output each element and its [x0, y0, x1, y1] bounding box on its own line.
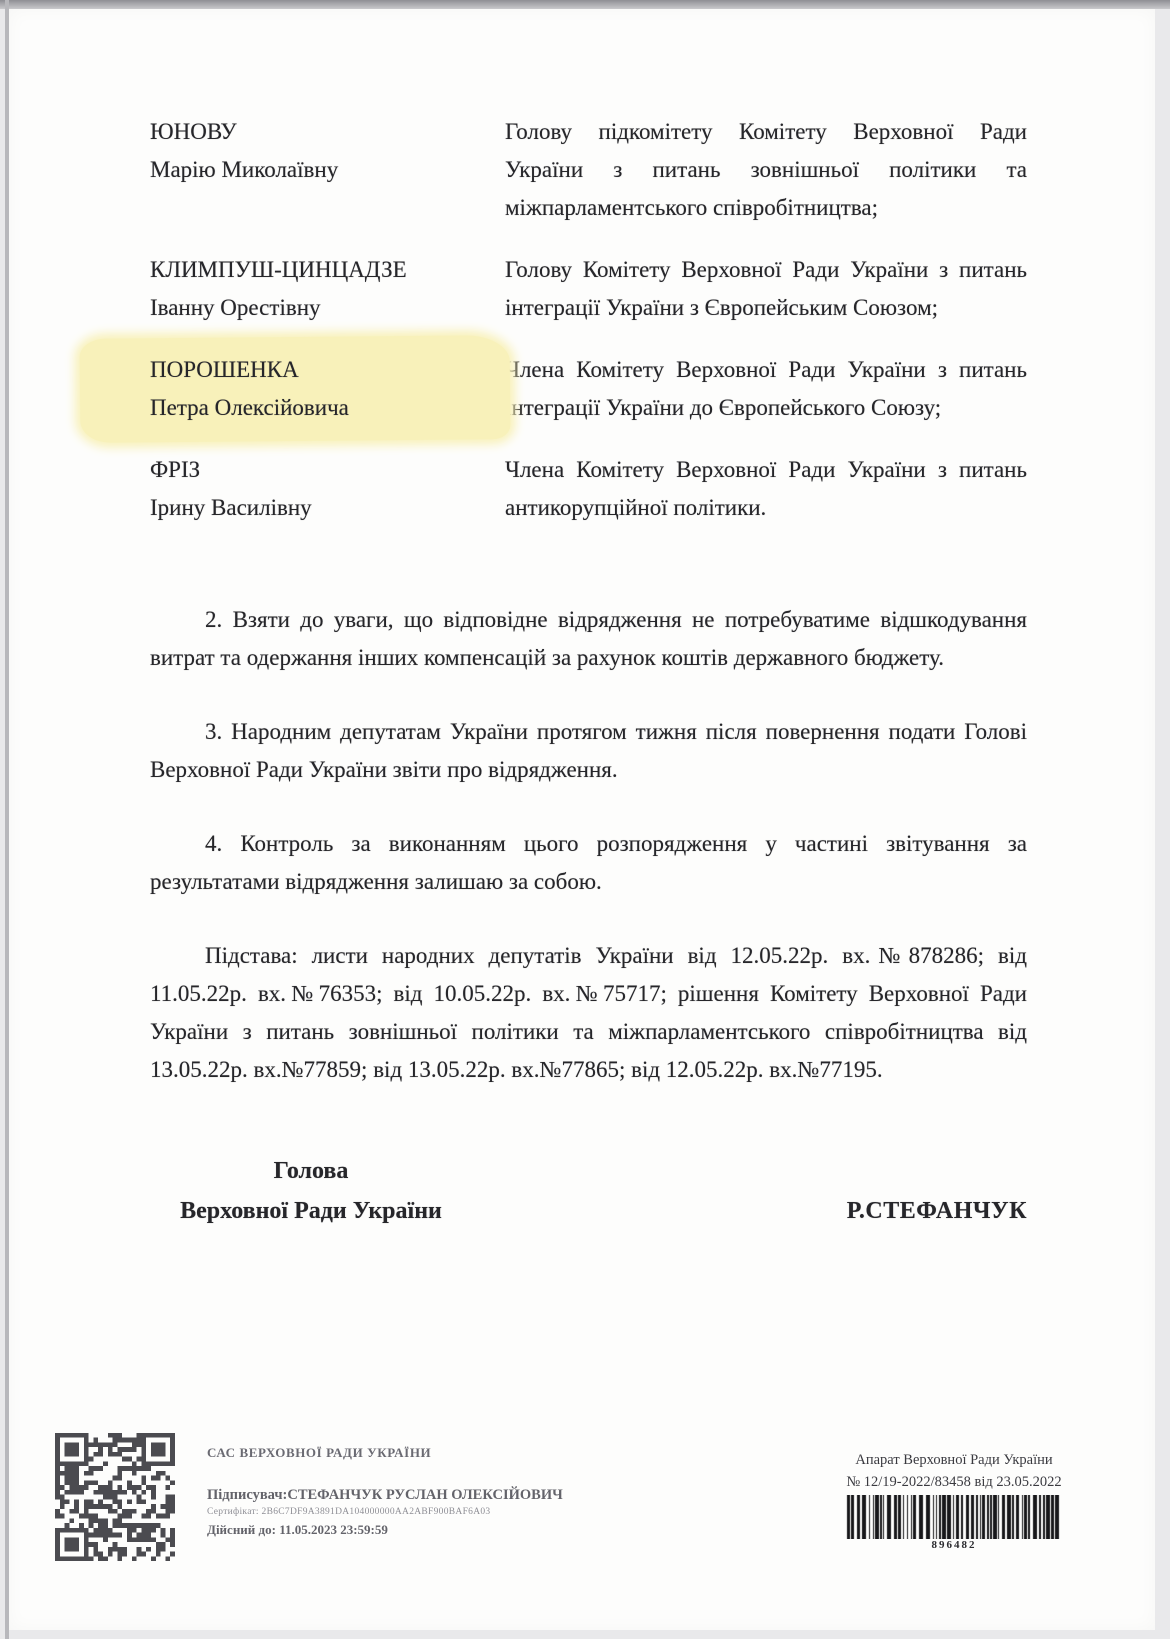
- deputy-given-name: Ірину Василівну: [150, 489, 505, 527]
- digital-signature-details: САС ВЕРХОВНОЇ РАДИ УКРАЇНИ Підписувач:СТ…: [207, 1425, 563, 1561]
- registration-stamp: Апарат Верховної Ради України № 12/19-20…: [799, 1449, 1109, 1551]
- deputy-role: Члена Комітету Верховної Ради України з …: [505, 351, 1027, 427]
- deputy-surname: КЛИМПУШ-ЦИНЦАДЗЕ: [150, 251, 505, 289]
- esign-certificate: Сертифікат: 2B6C7DF9A3891DA104000000AA2A…: [207, 1507, 563, 1517]
- assignment-row-highlighted: ПОРОШЕНКА Петра Олексійовича Члена Коміт…: [150, 351, 1027, 427]
- digital-signature-stamp: САС ВЕРХОВНОЇ РАДИ УКРАЇНИ Підписувач:СТ…: [55, 1425, 563, 1561]
- esign-signer: Підписувач:СТЕФАНЧУК РУСЛАН ОЛЕКСІЙОВИЧ: [207, 1487, 563, 1504]
- signer-title-line2: Верховної Ради України: [156, 1191, 466, 1231]
- signer-name: Р.СТЕФАНЧУК: [847, 1191, 1027, 1231]
- deputy-surname: ЮНОВУ: [150, 113, 505, 151]
- qr-code: [55, 1433, 175, 1561]
- signature-block: Голова Верховної Ради України Р.СТЕФАНЧУ…: [150, 1151, 1027, 1231]
- paragraph-3: 3. Народним депутатам України протягом т…: [150, 713, 1027, 789]
- deputy-surname: ФРІЗ: [150, 451, 505, 489]
- deputy-given-name: Іванну Орестівну: [150, 289, 505, 327]
- paragraph-4: 4. Контроль за виконанням цього розпоряд…: [150, 825, 1027, 901]
- registration-org: Апарат Верховної Ради України: [799, 1449, 1109, 1471]
- document-content: ЮНОВУ Марію Миколаївну Голову підкомітет…: [150, 9, 1027, 1231]
- deputy-name: ЮНОВУ Марію Миколаївну: [150, 113, 505, 227]
- assignment-list: ЮНОВУ Марію Миколаївну Голову підкомітет…: [150, 9, 1027, 527]
- deputy-name: КЛИМПУШ-ЦИНЦАДЗЕ Іванну Орестівну: [150, 251, 505, 327]
- registration-number: № 12/19-2022/83458 від 23.05.2022: [799, 1471, 1109, 1493]
- deputy-given-name: Петра Олексійовича: [150, 389, 505, 427]
- document-page: ЮНОВУ Марію Миколаївну Голову підкомітет…: [9, 9, 1155, 1630]
- deputy-name: ФРІЗ Ірину Василівну: [150, 451, 505, 527]
- deputy-surname: ПОРОШЕНКА: [150, 351, 505, 389]
- signer-title-line1: Голова: [156, 1151, 466, 1191]
- barcode-number: 896482: [799, 1539, 1109, 1551]
- esign-valid-until: Дійсний до: 11.05.2023 23:59:59: [207, 1522, 563, 1538]
- assignment-row: ФРІЗ Ірину Василівну Члена Комітету Верх…: [150, 451, 1027, 527]
- deputy-role: Голову підкомітету Комітету Верховної Ра…: [505, 113, 1027, 227]
- order-paragraphs: 2. Взяти до уваги, що відповідне відрядж…: [150, 551, 1027, 1089]
- deputy-role: Члена Комітету Верховної Ради України з …: [505, 451, 1027, 527]
- deputy-role: Голову Комітету Верховної Ради України з…: [505, 251, 1027, 327]
- basis-paragraph: Підстава: листи народних депутатів Украї…: [150, 937, 1027, 1089]
- signer-title: Голова Верховної Ради України: [156, 1151, 466, 1231]
- deputy-name-highlight: ПОРОШЕНКА Петра Олексійовича: [150, 351, 505, 427]
- assignment-row: КЛИМПУШ-ЦИНЦАДЗЕ Іванну Орестівну Голову…: [150, 251, 1027, 327]
- assignment-row: ЮНОВУ Марію Миколаївну Голову підкомітет…: [150, 113, 1027, 227]
- deputy-given-name: Марію Миколаївну: [150, 151, 505, 189]
- barcode: [845, 1495, 1063, 1539]
- esign-system-name: САС ВЕРХОВНОЇ РАДИ УКРАЇНИ: [207, 1445, 563, 1461]
- paragraph-2: 2. Взяти до уваги, що відповідне відрядж…: [150, 601, 1027, 677]
- photo-edge: [0, 0, 1170, 9]
